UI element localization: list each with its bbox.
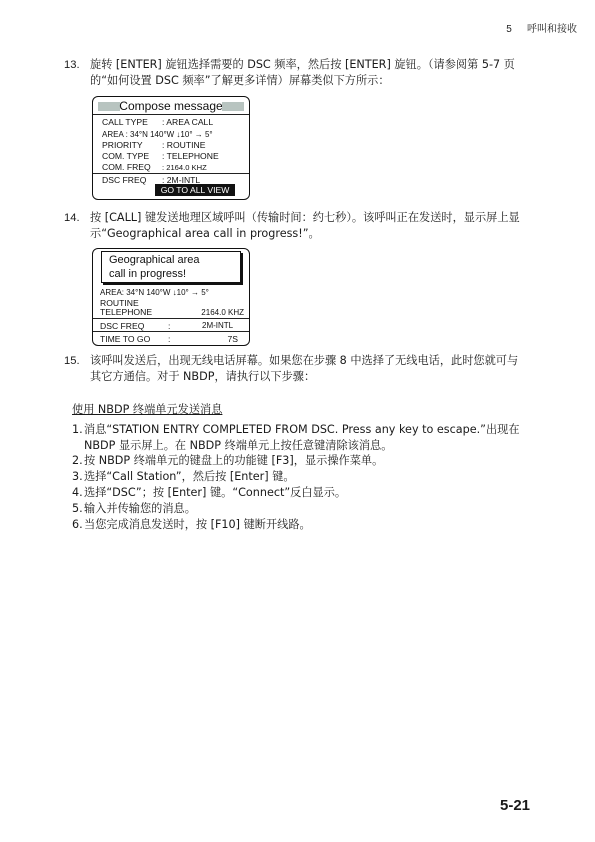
list-item: 3. 选择“Call Station”，然后按 [Enter] 键。	[72, 469, 552, 485]
field-area: AREA : 34°N 140°W ↓10° → 5°	[102, 130, 213, 140]
page-number: 5-21	[500, 797, 530, 814]
step-text-line2: 示“Geographical area call in progress!”。	[64, 226, 544, 242]
item-number: 5.	[72, 501, 83, 517]
list-item: 1. 消息“STATION ENTRY COMPLETED FROM DSC. …	[72, 422, 552, 454]
divider	[93, 114, 249, 115]
step-14: 14. 按 [CALL] 键发送地理区域呼叫（传输时间：约七秒）。该呼叫正在发送…	[64, 210, 544, 242]
running-header: 5 呼叫和接收	[0, 20, 577, 35]
step-number: 15.	[64, 353, 80, 369]
step-text-line2: 其它方通信。对于 NBDP，请执行以下步骤：	[64, 369, 544, 385]
field-area: AREA: 34°N 140°W ↓10° → 5°	[100, 288, 209, 298]
screen-title-bar: Compose message	[93, 99, 249, 113]
step-13: 13. 旋转 [ENTER] 旋钮选择需要的 DSC 频率，然后按 [ENTER…	[64, 57, 544, 89]
progress-message-box: Geographical area call in progress!	[101, 251, 241, 283]
item-number: 4.	[72, 485, 83, 501]
field-com-freq: COM. FREQ: 2164.0 KHZ	[102, 162, 207, 173]
item-number: 1.	[72, 422, 83, 438]
field-call-type: CALL TYPE: AREA CALL	[102, 117, 213, 127]
list-item: 5. 输入并传输您的消息。	[72, 501, 552, 517]
chapter-title: 呼叫和接收	[527, 24, 577, 35]
item-number: 2.	[72, 453, 83, 469]
step-number: 14.	[64, 210, 80, 226]
divider	[93, 318, 249, 319]
step-text-line1: 该呼叫发送后，出现无线电话屏幕。如果您在步骤 8 中选择了无线电话，此时您就可与	[64, 353, 544, 369]
field-priority: PRIORITY: ROUTINE	[102, 140, 205, 150]
step-text-line1: 按 [CALL] 键发送地理区域呼叫（传输时间：约七秒）。该呼叫正在发送时，显示…	[64, 210, 544, 226]
list-item: 6. 当您完成消息发送时，按 [F10] 键断开线路。	[72, 517, 552, 533]
go-to-all-view-button[interactable]: GO TO ALL VIEW	[155, 184, 235, 196]
divider	[93, 173, 249, 174]
step-text-line1: 旋转 [ENTER] 旋钮选择需要的 DSC 频率，然后按 [ENTER] 旋钮…	[64, 57, 544, 73]
section-heading: 使用 NBDP 终端单元发送消息	[72, 401, 222, 417]
field-com-type-freq: TELEPHONE 2164.0 KHZ	[100, 307, 244, 317]
chapter-number: 5	[506, 24, 512, 35]
step-15: 15. 该呼叫发送后，出现无线电话屏幕。如果您在步骤 8 中选择了无线电话，此时…	[64, 353, 544, 385]
step-number: 13.	[64, 57, 80, 73]
compose-message-screen: Compose message CALL TYPE: AREA CALL ARE…	[92, 96, 250, 200]
step-text-line2: 的“如何设置 DSC 频率”了解更多详情）屏幕类似下方所示：	[64, 73, 544, 89]
field-com-type: COM. TYPE: TELEPHONE	[102, 151, 219, 161]
list-item: 4. 选择“DSC”；按 [Enter] 键。“Connect”反白显示。	[72, 485, 552, 501]
title-bar-decoration	[222, 102, 244, 111]
divider	[93, 331, 249, 332]
item-number: 3.	[72, 469, 83, 485]
item-number: 6.	[72, 517, 83, 533]
field-dsc-freq: DSC FREQ : 2M-INTL	[100, 321, 244, 331]
call-in-progress-screen: Geographical area call in progress! AREA…	[92, 248, 250, 346]
field-time-to-go: TIME TO GO : 7S	[100, 334, 244, 344]
list-item: 2. 按 NBDP 终端单元的键盘上的功能键 [F3]，显示操作菜单。	[72, 453, 552, 469]
